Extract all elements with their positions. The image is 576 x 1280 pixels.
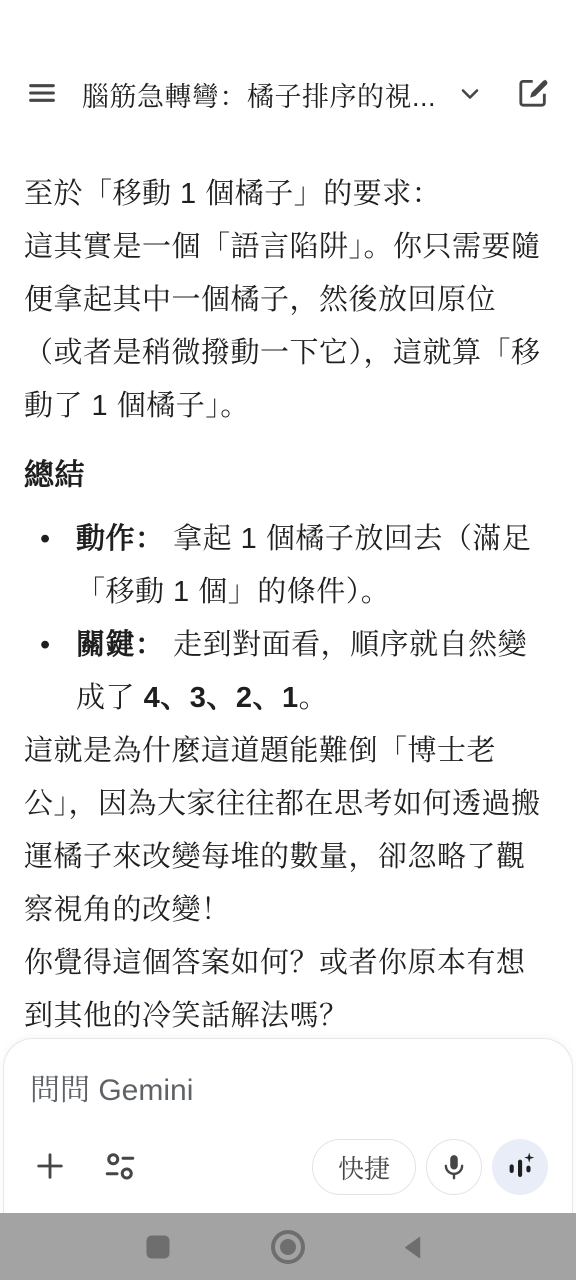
edit-square-icon xyxy=(516,76,550,113)
summary-list: 動作： 拿起 1 個橘子放回去（滿足「移動 1 個」的條件）。 關鍵： 走到對面… xyxy=(24,513,552,725)
menu-button[interactable] xyxy=(26,77,58,112)
paragraph-requirement: 至於「移動 1 個橘子」的要求： xyxy=(24,168,552,221)
tune-sliders-icon xyxy=(102,1148,138,1187)
android-nav-bar xyxy=(0,1213,576,1280)
assistant-message: 至於「移動 1 個橘子」的要求： 這其實是一個「語言陷阱」。你只需要隨便拿起其中… xyxy=(0,116,576,1043)
bullet-label: 關鍵： xyxy=(76,629,165,661)
prompt-input[interactable]: 問問 Gemini xyxy=(4,1039,572,1109)
list-item: 動作： 拿起 1 個橘子放回去（滿足「移動 1 個」的條件）。 xyxy=(24,513,552,619)
shortcuts-button-label: 快捷 xyxy=(338,1149,390,1186)
bullet-text-end: 。 xyxy=(299,682,329,714)
page-title: 腦筋急轉彎：橘子排序的視... xyxy=(82,75,436,114)
paragraph-why-difficult: 這就是為什麼這道題能難倒「博士老公」，因為大家往往都在思考如何透過搬運橘子來改變… xyxy=(24,725,552,937)
new-chat-button[interactable] xyxy=(516,76,550,113)
recents-square-icon xyxy=(147,1235,170,1258)
input-placeholder: 問問 Gemini xyxy=(30,1074,193,1107)
back-button[interactable] xyxy=(401,1233,428,1260)
paragraph-trap-explanation: 這其實是一個「語言陷阱」。你只需要隨便拿起其中一個橘子，然後放回原位（或者是稍微… xyxy=(24,221,552,433)
microphone-icon xyxy=(439,1152,469,1182)
tools-button[interactable] xyxy=(98,1145,142,1189)
composer-card: 問問 Gemini 快捷 xyxy=(3,1038,573,1214)
paragraph-follow-up-question: 你覺得這個答案如何？或者你原本有想到其他的冷笑話解法嗎？ xyxy=(24,937,552,1043)
list-item: 關鍵： 走到對面看，順序就自然變成了 4、3、2、1。 xyxy=(24,619,552,725)
home-button[interactable] xyxy=(271,1230,305,1264)
microphone-button[interactable] xyxy=(426,1139,482,1195)
bullet-bold-sequence: 4、3、2、1 xyxy=(144,682,299,714)
plus-icon xyxy=(32,1148,68,1187)
recents-button[interactable] xyxy=(147,1235,170,1258)
shortcuts-button[interactable]: 快捷 xyxy=(312,1139,416,1195)
chevron-down-icon xyxy=(456,80,484,108)
voice-mode-button[interactable] xyxy=(492,1139,548,1195)
back-triangle-icon xyxy=(401,1233,428,1260)
app-bar: 腦筋急轉彎：橘子排序的視... xyxy=(0,72,576,116)
waveform-sparkle-icon xyxy=(504,1151,536,1183)
add-attachment-button[interactable] xyxy=(28,1145,72,1189)
home-circle-icon xyxy=(271,1230,305,1264)
hamburger-menu-icon xyxy=(26,77,58,112)
bullet-label: 動作： xyxy=(76,523,165,555)
summary-heading: 總結 xyxy=(24,453,552,499)
conversation-title-dropdown[interactable]: 腦筋急轉彎：橘子排序的視... xyxy=(82,75,516,114)
composer-actions: 快捷 xyxy=(4,1138,572,1196)
